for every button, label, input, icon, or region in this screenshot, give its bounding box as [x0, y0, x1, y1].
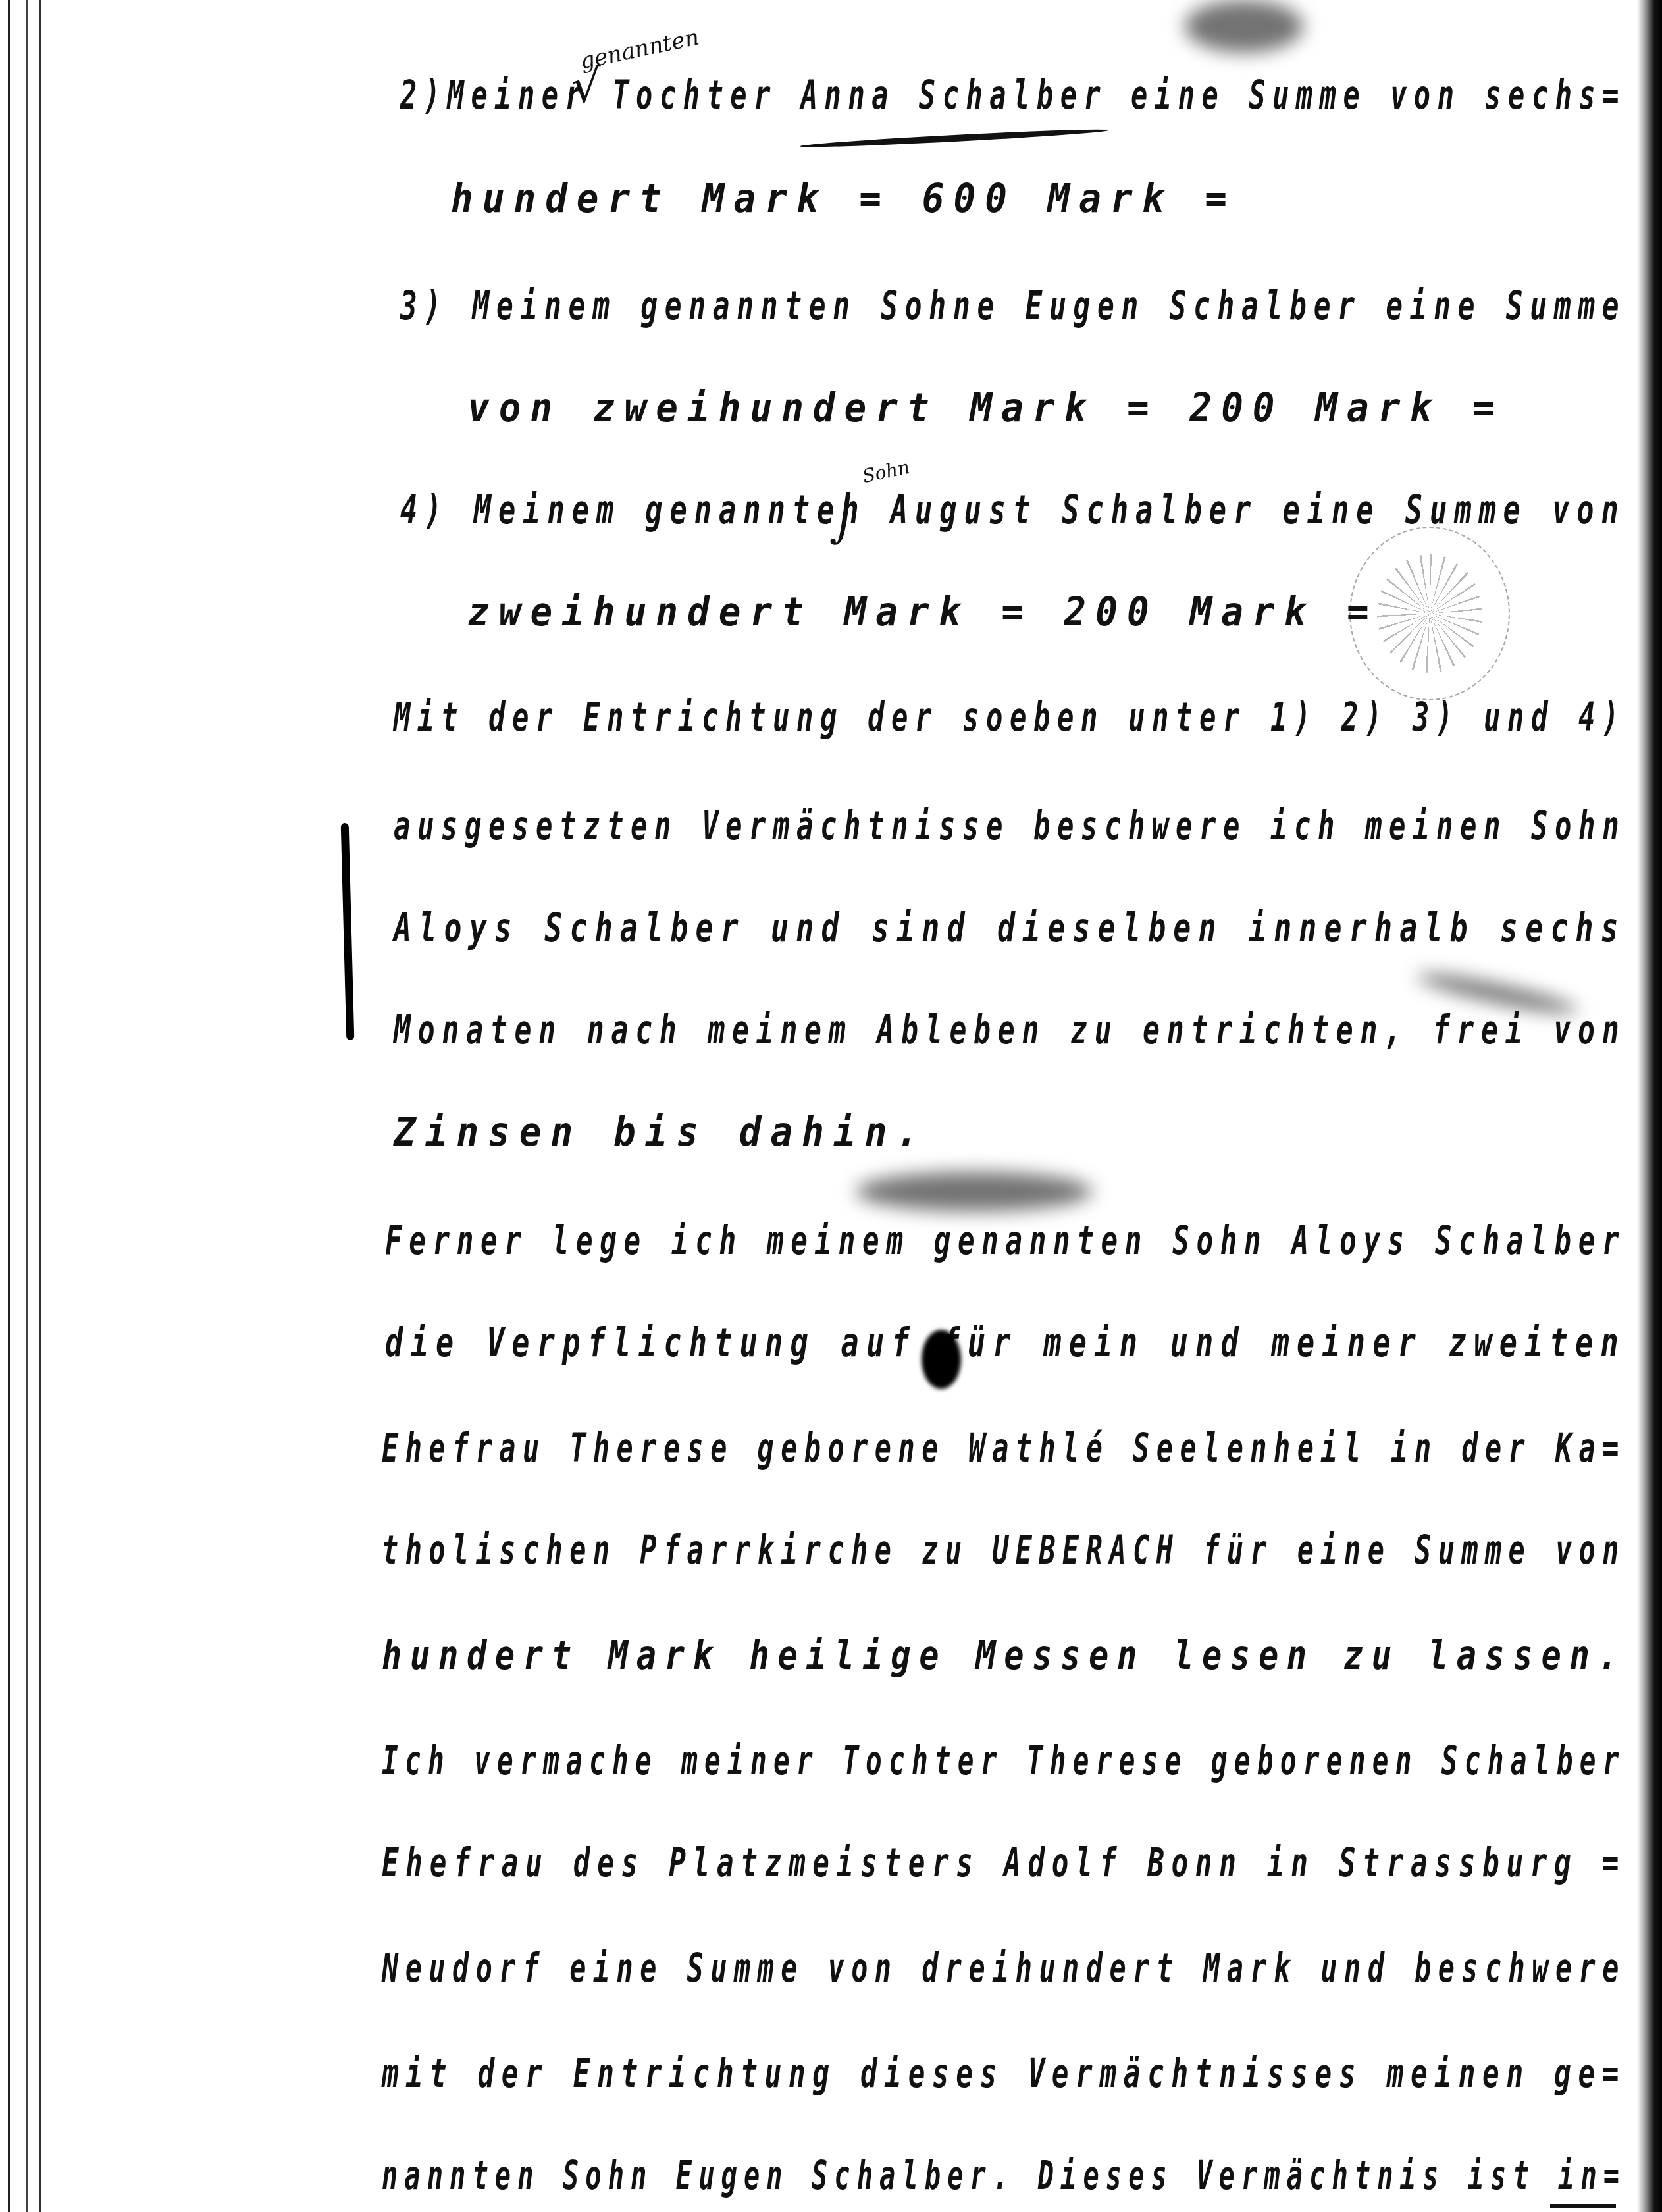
- underline-mark: [1550, 2204, 1616, 2208]
- ink-smudge: [856, 1172, 1093, 1211]
- document-page: genannten √ Sohn ⌡ 2)Meiner Tochter Anna…: [0, 0, 1662, 2212]
- margin-mark-bar: [341, 823, 355, 1040]
- text-line: mit der Entrichtung dieses Vermächtnisse…: [382, 2055, 1626, 2094]
- text-line: Zinsen bis dahin.: [394, 1113, 927, 1153]
- text-line: Ehefrau Therese geborene Wathlé Seelenhe…: [382, 1429, 1626, 1469]
- text-line: Ich vermache meiner Tochter Therese gebo…: [382, 1742, 1626, 1781]
- text-line: die Verpflichtung auf für mein und meine…: [385, 1324, 1626, 1363]
- ink-blot: [922, 1330, 961, 1389]
- text-line: hundert Mark = 600 Mark =: [451, 180, 1236, 219]
- text-line: 4) Meinem genannten August Schalber eine…: [400, 491, 1626, 531]
- text-line: hundert Mark heilige Messen lesen zu las…: [382, 1637, 1626, 1676]
- binding-edge-line: [39, 0, 41, 2212]
- text-line: zweihundert Mark = 200 Mark =: [467, 593, 1378, 633]
- text-line: 2)Meiner Tochter Anna Schalber eine Summ…: [400, 76, 1626, 116]
- text-line: Ferner lege ich meinem genannten Sohn Al…: [385, 1222, 1626, 1261]
- text-line: Neudorf eine Summe von dreihundert Mark …: [382, 1949, 1626, 1989]
- text-line: Monaten nach meinem Ableben zu entrichte…: [394, 1011, 1626, 1051]
- scan-shadow-edge: [1637, 0, 1662, 2212]
- text-line: von zweihundert Mark = 200 Mark =: [467, 389, 1504, 429]
- ink-smudge: [1185, 0, 1303, 53]
- handwritten-insertion: Sohn: [860, 456, 911, 487]
- text-line: Mit der Entrichtung der soeben unter 1) …: [394, 698, 1626, 738]
- text-line: ausgesetzten Vermächtnisse beschwere ich…: [394, 807, 1626, 847]
- text-line: 3) Meinem genannten Sohne Eugen Schalber…: [400, 287, 1626, 327]
- binding-edge-line: [8, 0, 10, 2212]
- text-line: Aloys Schalber und sind dieselben innerh…: [394, 909, 1626, 949]
- text-line: Ehefrau des Platzmeisters Adolf Bonn in …: [382, 1844, 1626, 1883]
- underline-mark: [800, 127, 1109, 150]
- text-line: nannten Sohn Eugen Schalber. Dieses Verm…: [382, 2157, 1626, 2196]
- binding-edge-line: [26, 0, 28, 2212]
- text-line: tholischen Pfarrkirche zu UEBERACH für e…: [382, 1531, 1626, 1571]
